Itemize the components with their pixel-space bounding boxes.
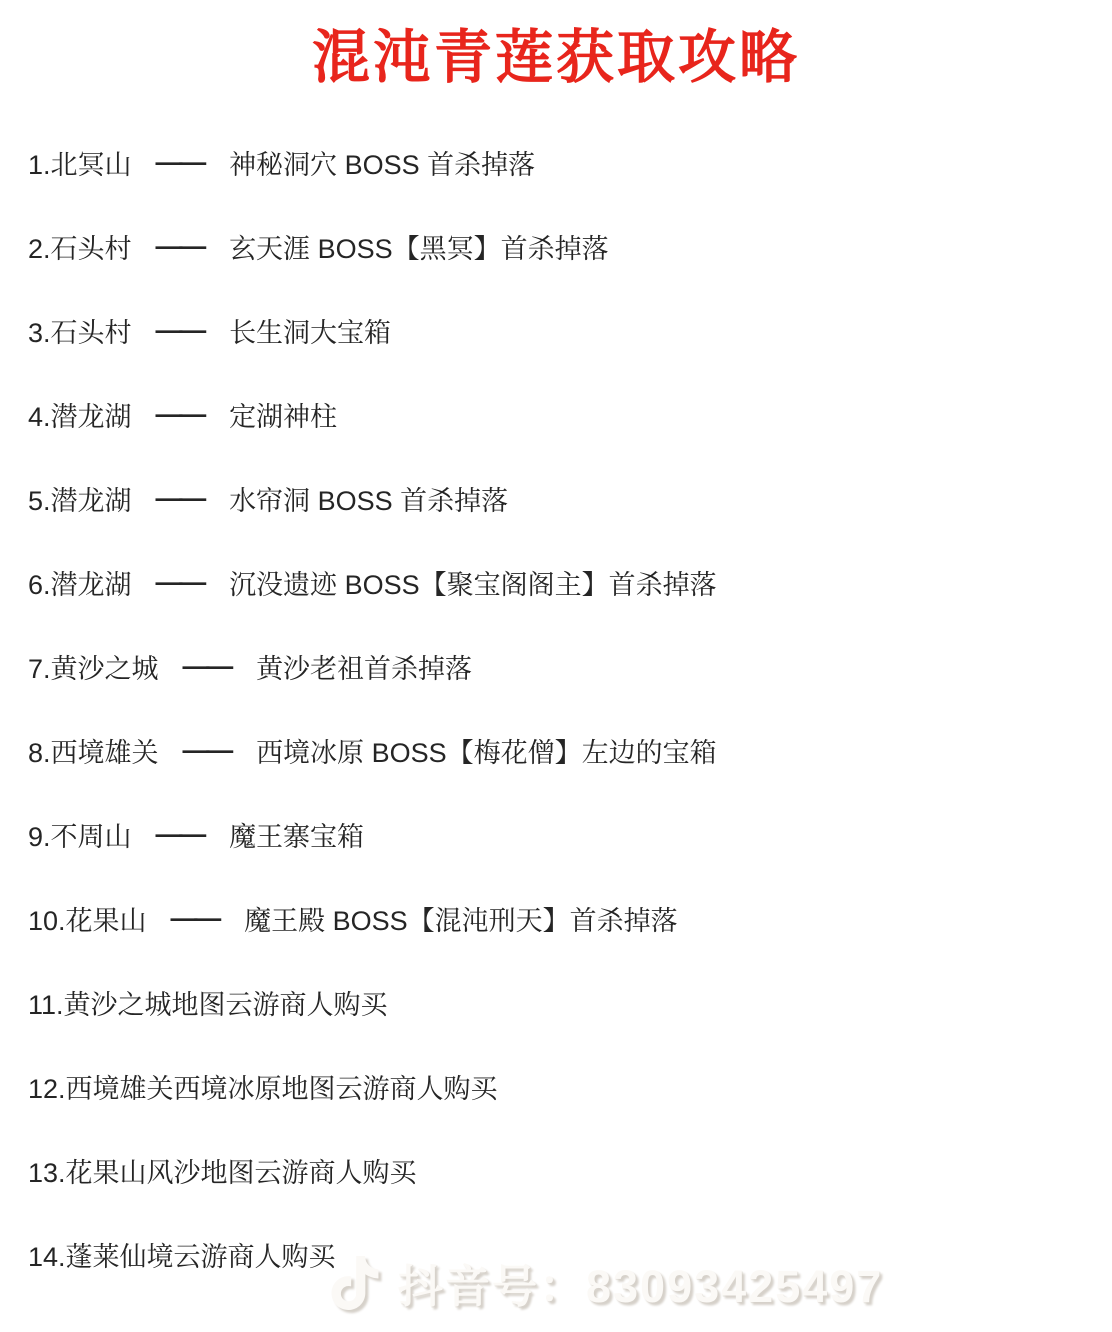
guide-item-12: 12.西境雄关西境冰原地图云游商人购买	[0, 1045, 1112, 1129]
guide-item-11: 11.黄沙之城地图云游商人购买	[0, 961, 1112, 1045]
guide-item-1: 1.北冥山 —— 神秘洞穴 BOSS 首杀掉落	[0, 121, 1112, 205]
item-location: 5.潜龙湖	[28, 479, 132, 518]
guide-item-9: 9.不周山 —— 魔王寨宝箱	[0, 793, 1112, 877]
item-location: 13.花果山风沙地图云游商人购买	[28, 1151, 417, 1190]
guide-item-5: 5.潜龙湖 —— 水帘洞 BOSS 首杀掉落	[0, 457, 1112, 541]
item-source: 黄沙老祖首杀掉落	[256, 647, 472, 686]
item-location: 4.潜龙湖	[28, 395, 132, 434]
item-location: 7.黄沙之城	[28, 647, 159, 686]
item-source: 魔王殿 BOSS【混沌刑天】首杀掉落	[244, 899, 678, 938]
item-location: 2.石头村	[28, 227, 132, 266]
item-source: 玄天涯 BOSS【黑冥】首杀掉落	[229, 227, 609, 266]
item-source: 长生洞大宝箱	[229, 311, 391, 350]
item-dash: ——	[156, 399, 204, 430]
item-location: 8.西境雄关	[28, 731, 159, 770]
douyin-id-label: 抖音号：83093425497	[398, 1250, 883, 1315]
guide-item-6: 6.潜龙湖 —— 沉没遗迹 BOSS【聚宝阁阁主】首杀掉落	[0, 541, 1112, 625]
item-dash: ——	[156, 315, 204, 346]
item-dash: ——	[183, 735, 231, 766]
item-dash: ——	[156, 567, 204, 598]
item-location: 6.潜龙湖	[28, 563, 132, 602]
item-location: 10.花果山	[28, 899, 147, 938]
item-dash: ——	[183, 651, 231, 682]
page-title: 混沌青莲获取攻略	[0, 22, 1112, 95]
item-dash: ——	[156, 231, 204, 262]
guide-item-13: 13.花果山风沙地图云游商人购买	[0, 1129, 1112, 1213]
item-location: 3.石头村	[28, 311, 132, 350]
douyin-watermark: 抖音号：83093425497	[328, 1250, 883, 1315]
guide-item-8: 8.西境雄关 —— 西境冰原 BOSS【梅花僧】左边的宝箱	[0, 709, 1112, 793]
item-source: 沉没遗迹 BOSS【聚宝阁阁主】首杀掉落	[229, 563, 717, 602]
item-source: 神秘洞穴 BOSS 首杀掉落	[229, 143, 535, 182]
tiktok-note-icon	[328, 1252, 382, 1314]
item-location: 1.北冥山	[28, 143, 132, 182]
guide-item-4: 4.潜龙湖 —— 定湖神柱	[0, 373, 1112, 457]
guide-item-2: 2.石头村 —— 玄天涯 BOSS【黑冥】首杀掉落	[0, 205, 1112, 289]
item-location: 12.西境雄关西境冰原地图云游商人购买	[28, 1067, 498, 1106]
guide-list: 1.北冥山 —— 神秘洞穴 BOSS 首杀掉落 2.石头村 —— 玄天涯 BOS…	[0, 121, 1112, 1297]
guide-item-3: 3.石头村 —— 长生洞大宝箱	[0, 289, 1112, 373]
item-location: 11.黄沙之城地图云游商人购买	[28, 983, 388, 1022]
item-dash: ——	[156, 483, 204, 514]
guide-item-7: 7.黄沙之城 —— 黄沙老祖首杀掉落	[0, 625, 1112, 709]
item-location: 9.不周山	[28, 815, 132, 854]
item-dash: ——	[156, 819, 204, 850]
item-dash: ——	[171, 903, 219, 934]
item-source: 定湖神柱	[229, 395, 337, 434]
item-location: 14.蓬莱仙境云游商人购买	[28, 1235, 336, 1274]
item-source: 魔王寨宝箱	[229, 815, 364, 854]
item-dash: ——	[156, 147, 204, 178]
item-source: 水帘洞 BOSS 首杀掉落	[229, 479, 508, 518]
item-source: 西境冰原 BOSS【梅花僧】左边的宝箱	[256, 731, 717, 770]
guide-item-10: 10.花果山 —— 魔王殿 BOSS【混沌刑天】首杀掉落	[0, 877, 1112, 961]
